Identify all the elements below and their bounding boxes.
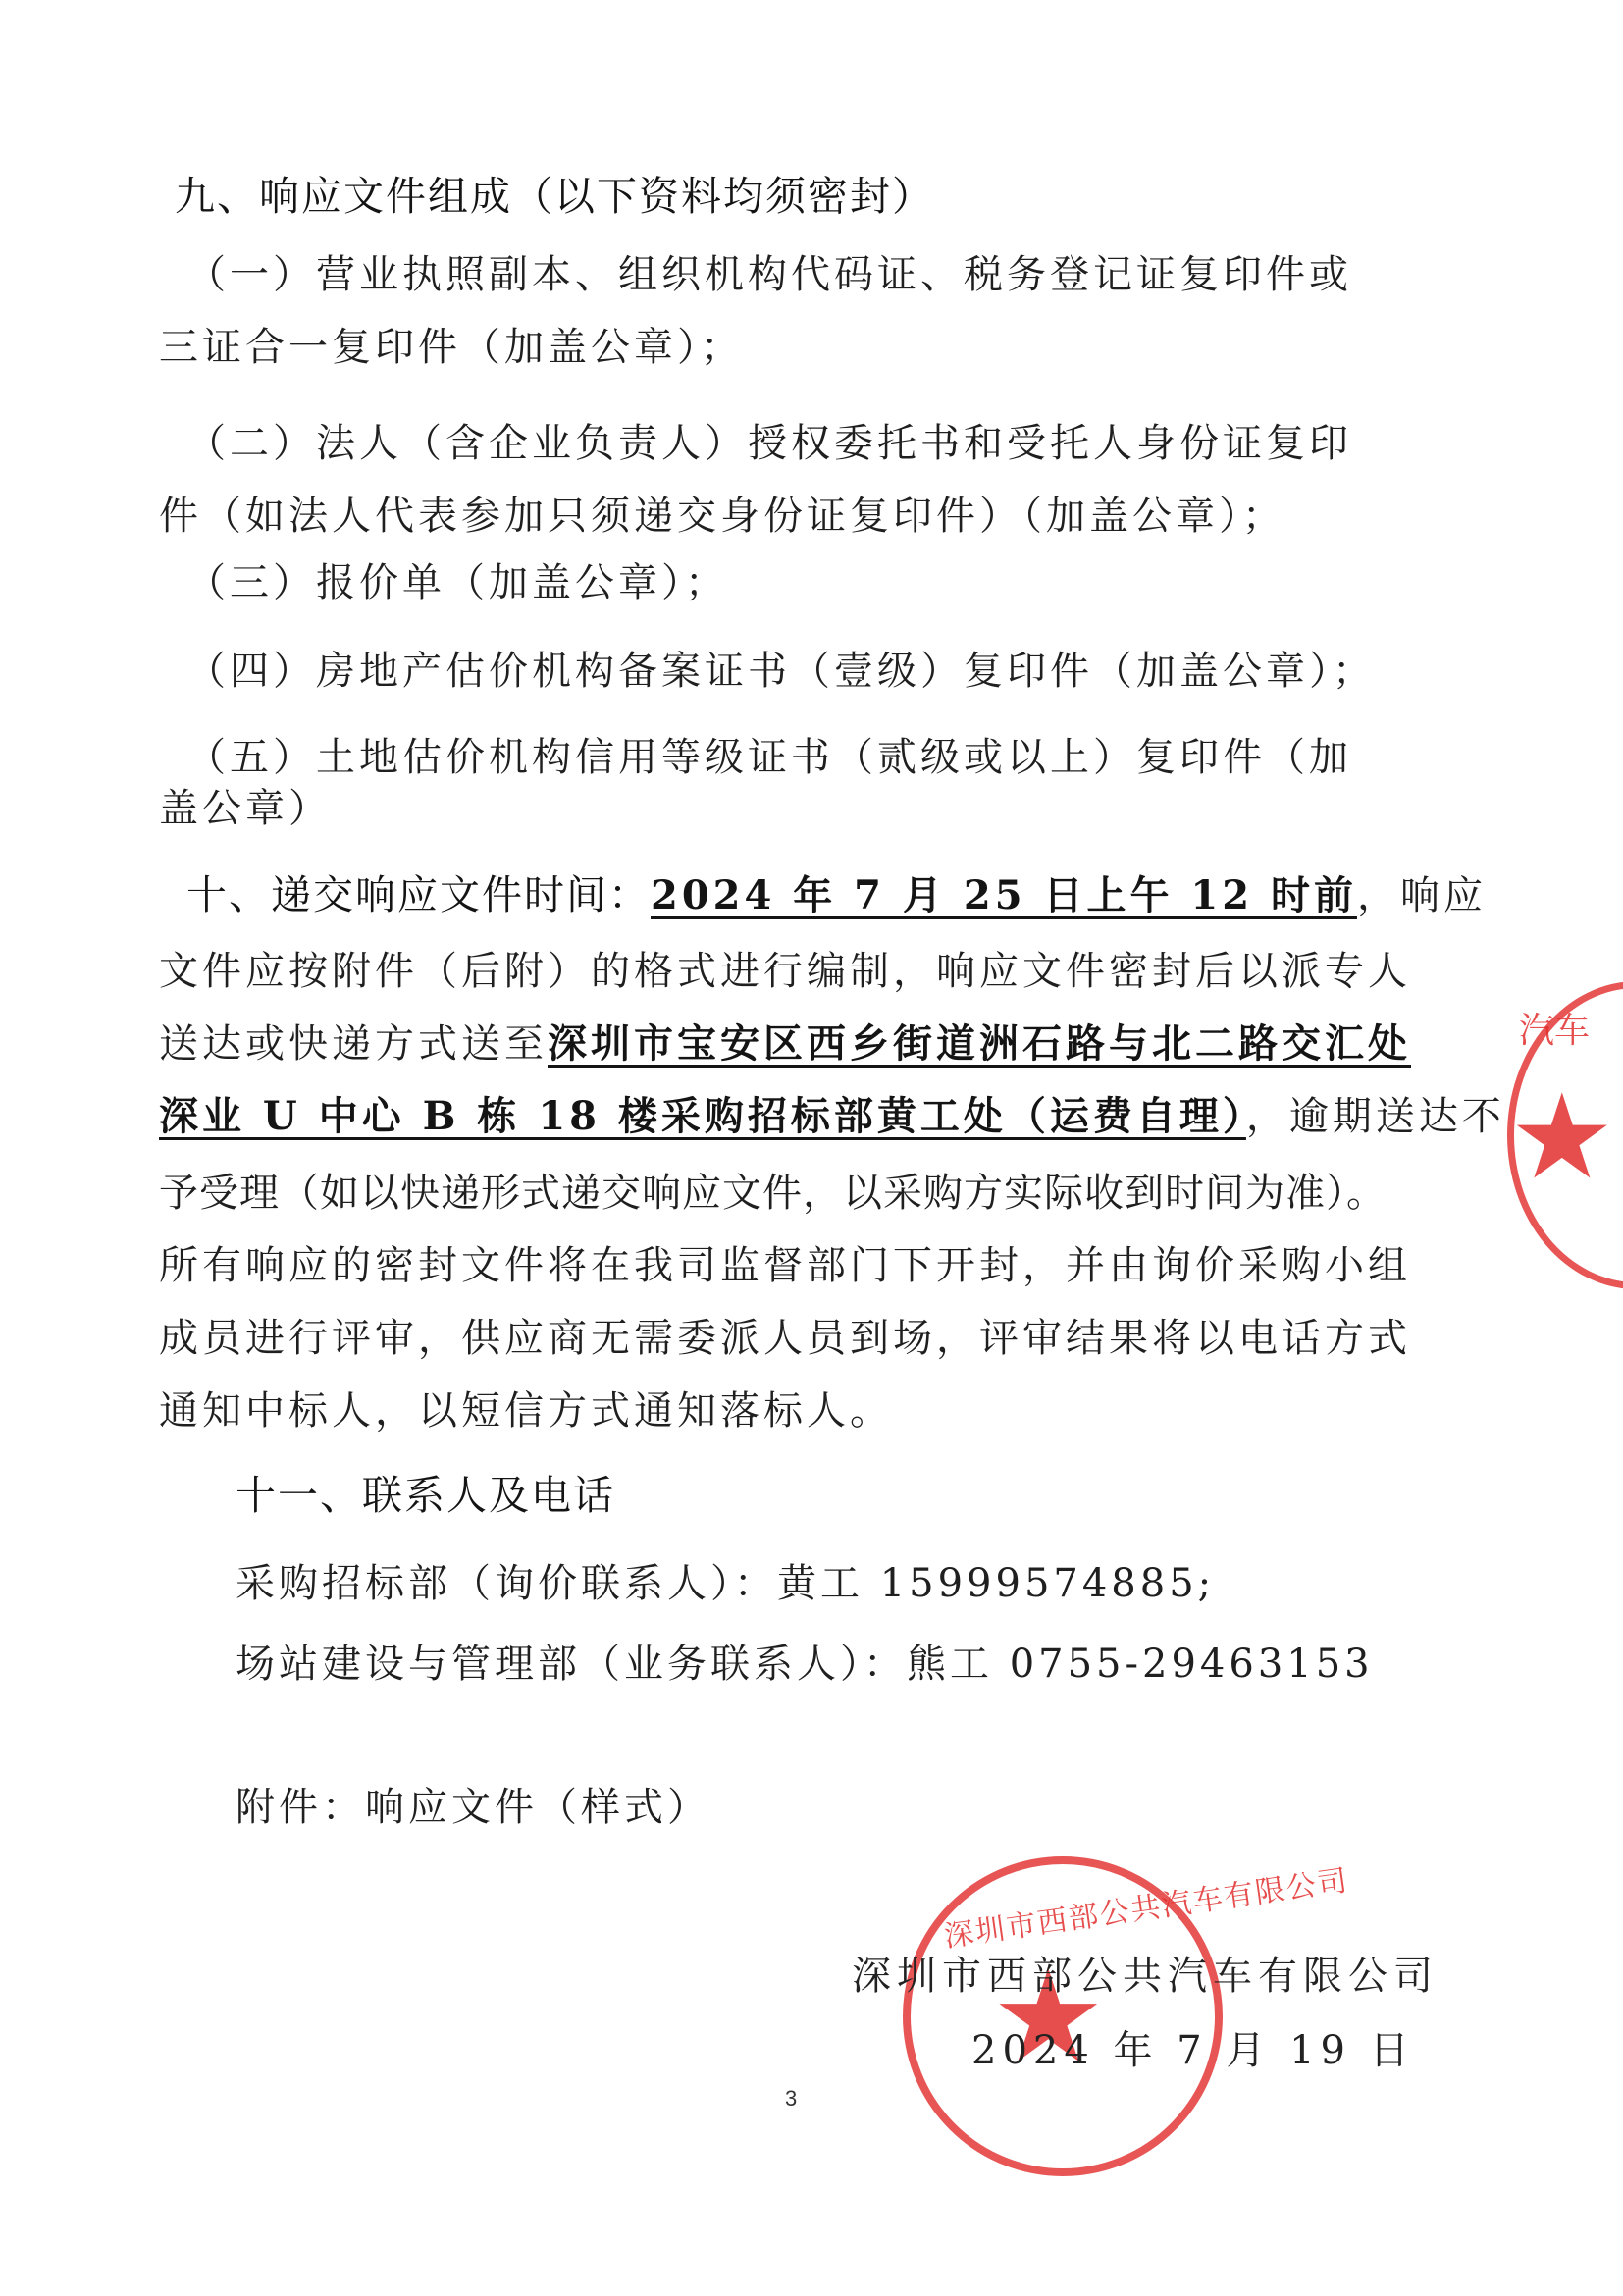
item-3-line-1: （三）报价单（加盖公章）； — [186, 559, 728, 606]
item-4-line-1: （四）房地产估价机构备案证书（壹级）复印件（加盖公章）； — [186, 648, 1376, 695]
edge-seal-text: 汽车 — [1519, 1003, 1590, 1053]
section-10-line-5: 予受理（如以快递形式递交响应文件，以采购方实际收到时间为准）。 — [159, 1170, 1387, 1217]
section-9-heading: 九、响应文件组成（以下资料均须密封） — [175, 173, 934, 220]
contact-procurement: 采购招标部（询价联系人）：黄工 15999574885; — [236, 1560, 1215, 1607]
item-5-line-1: （五）土地估价机构信用等级证书（贰级或以上）复印件（加 — [186, 734, 1352, 781]
section-10-line-6: 所有响应的密封文件将在我司监督部门下开封，并由询价采购小组 — [159, 1242, 1411, 1289]
late-delivery-text: ，逾期送达不 — [1246, 1094, 1505, 1139]
signature-date: 2024 年 7 月 19 日 — [971, 2027, 1415, 2074]
delivery-address-part-1: 深圳市宝安区西乡街道洲石路与北二路交汇处 — [548, 1020, 1411, 1067]
section-10-heading: 十、递交响应文件时间： — [186, 871, 651, 918]
section-10-line-2: 文件应按附件（后附）的格式进行编制，响应文件密封后以派专人 — [159, 948, 1411, 995]
section-10-line-4: 深业 U 中心 B 栋 18 楼采购招标部黄工处（运费自理），逾期送达不 — [159, 1093, 1505, 1140]
delivery-method-text: 送达或快递方式送至 — [159, 1021, 548, 1067]
page-number: 3 — [785, 2086, 797, 2112]
item-5-line-2: 盖公章） — [159, 785, 332, 832]
item-2-line-1: （二）法人（含企业负责人）授权委托书和受托人身份证复印 — [186, 420, 1352, 467]
attachment-note: 附件：响应文件（样式） — [236, 1784, 710, 1831]
section-10-line-8: 通知中标人，以短信方式通知落标人。 — [159, 1387, 893, 1435]
delivery-address-part-2: 深业 U 中心 B 栋 18 楼采购招标部黄工处（运费自理） — [159, 1093, 1246, 1139]
edge-seal-star-icon: ★ — [1509, 1079, 1615, 1197]
section-10-line-3: 送达或快递方式送至深圳市宝安区西乡街道洲石路与北二路交汇处 — [159, 1020, 1411, 1068]
section-10-line-1: 十、递交响应文件时间：2024 年 7 月 25 日上午 12 时前，响应 — [186, 871, 1487, 919]
section-10-line-1-tail: ，响应 — [1357, 873, 1487, 918]
item-1-line-1: （一）营业执照副本、组织机构代码证、税务登记证复印件或 — [186, 251, 1352, 298]
submission-deadline: 2024 年 7 月 25 日上午 12 时前 — [651, 872, 1357, 918]
signature-company: 深圳市西部公共汽车有限公司 — [852, 1953, 1439, 2000]
item-2-line-2: 件（如法人代表参加只须递交身份证复印件）（加盖公章）； — [159, 493, 1285, 540]
item-1-line-2: 三证合一复印件（加盖公章）； — [159, 324, 744, 371]
contact-station: 场站建设与管理部（业务联系人）：熊工 0755-29463153 — [236, 1641, 1374, 1688]
section-11-heading: 十一、联系人及电话 — [236, 1472, 615, 1519]
section-10-line-7: 成员进行评审，供应商无需委派人员到场，评审结果将以电话方式 — [159, 1315, 1411, 1362]
